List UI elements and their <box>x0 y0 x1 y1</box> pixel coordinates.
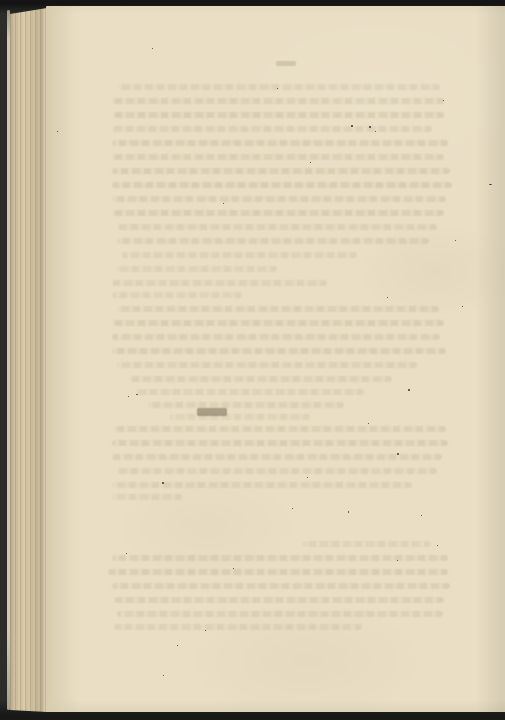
book-cover-edge <box>7 10 10 710</box>
blank-verso-page <box>46 6 505 712</box>
scanned-book-page-photo <box>0 0 505 720</box>
page-edges-stack <box>10 8 47 712</box>
